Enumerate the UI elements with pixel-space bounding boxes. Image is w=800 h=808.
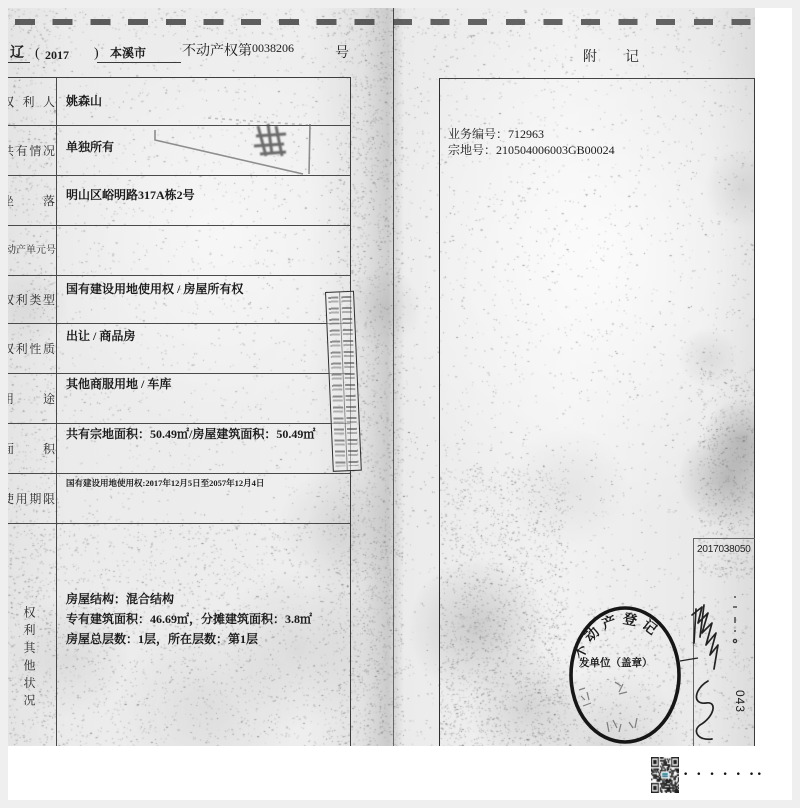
label-cell: 权利类型 xyxy=(8,276,57,323)
registration-seal: 不动产登记 发单位（盖章） xyxy=(563,598,693,746)
field-label: 权利其他状况 xyxy=(22,606,36,706)
cert-year: 2017 xyxy=(45,49,69,61)
field-value: 共有宗地面积：50.49㎡/房屋建筑面积：50.49㎡ xyxy=(66,424,350,441)
value-cell: 出让 / 商品房 xyxy=(57,324,350,373)
label-cell: 不动产单元号 xyxy=(8,226,57,275)
field-label: 权利性质 xyxy=(8,342,55,356)
header-underline xyxy=(8,62,30,63)
business-number: 业务编号：712963 xyxy=(448,127,544,141)
label-cell: 使用期限 xyxy=(8,474,57,523)
field-value: 国有建设用地使用权:2017年12月5日至2057年12月4日 xyxy=(66,474,350,488)
label-cell: 权利人 xyxy=(8,78,57,125)
status-line: 专有建筑面积：46.69㎡，分摊建筑面积：3.8㎡ xyxy=(66,609,350,629)
parcel-number: 宗地号：210504006003GB00024 xyxy=(448,143,615,157)
header-underline xyxy=(97,62,181,63)
field-label: 不动产单元号 xyxy=(8,244,56,258)
cert-number-line: 不动产权第0038206 xyxy=(182,45,294,59)
faded-stamp xyxy=(148,116,323,186)
field-label: 权利类型 xyxy=(8,293,55,307)
more-dots: • • • • • •• xyxy=(683,771,764,780)
label-cell: 坐落 xyxy=(8,176,57,225)
value-cell: 房屋结构：混合结构 专有建筑面积：46.69㎡，分摊建筑面积：3.8㎡ 房屋总层… xyxy=(57,524,350,746)
qr-code-icon xyxy=(651,757,679,793)
status-lines: 房屋结构：混合结构 专有建筑面积：46.69㎡，分摊建筑面积：3.8㎡ 房屋总层… xyxy=(66,524,350,649)
cert-prefix: 不动产权第 xyxy=(182,44,252,59)
label-cell: 权利其他状况 xyxy=(8,524,57,746)
page-fold-line xyxy=(393,8,394,746)
field-value: 姚森山 xyxy=(66,78,350,108)
seal-issuer-label: 发单位（盖章） xyxy=(578,656,653,669)
field-label: 用途 xyxy=(8,392,55,406)
cert-city: 本溪市 xyxy=(110,47,146,59)
appendix-title: 附记 xyxy=(583,50,667,64)
field-value: 国有建设用地使用权 / 房屋所有权 xyxy=(66,276,350,296)
serial-number: 2017038050 xyxy=(697,545,751,555)
perforation-dashes-left xyxy=(15,19,392,25)
handwritten-signature xyxy=(688,593,748,746)
value-cell: 共有宗地面积：50.49㎡/房屋建筑面积：50.49㎡ xyxy=(57,424,350,473)
value-cell: 国有建设用地使用权 / 房屋所有权 xyxy=(57,276,350,323)
cert-paren-close: ) xyxy=(94,47,99,61)
perforation-dashes-right xyxy=(393,19,755,25)
field-label: 面积 xyxy=(8,442,55,456)
value-cell: 国有建设用地使用权:2017年12月5日至2057年12月4日 xyxy=(57,474,350,523)
value-cell xyxy=(57,226,350,275)
row-right-nature: 权利性质 出让 / 商品房 xyxy=(8,324,350,374)
field-label: 使用期限 xyxy=(8,492,55,506)
row-area: 面积 共有宗地面积：50.49㎡/房屋建筑面积：50.49㎡ xyxy=(8,424,350,474)
field-value: 出让 / 商品房 xyxy=(66,324,350,343)
field-value: 其他商服用地 / 车库 xyxy=(66,374,350,391)
label-cell: 共有情况 xyxy=(8,126,57,175)
cert-paren-open: ( xyxy=(35,47,40,61)
label-cell: 权利性质 xyxy=(8,324,57,373)
row-term: 使用期限 国有建设用地使用权:2017年12月5日至2057年12月4日 xyxy=(8,474,350,524)
status-line: 房屋总层数：1层，所在层数：第1层 xyxy=(66,629,350,649)
field-label: 权利人 xyxy=(8,95,55,109)
row-right-type: 权利类型 国有建设用地使用权 / 房屋所有权 xyxy=(8,276,350,324)
row-unit-number: 不动产单元号 xyxy=(8,226,350,276)
scanned-certificate: 辽 ( 2017 ) 本溪市 不动产权第0038206 号 权利人 姚森山 共有… xyxy=(8,8,755,746)
cert-number: 0038206 xyxy=(252,41,294,55)
cert-province: 辽 xyxy=(10,47,24,61)
cert-suffix: 号 xyxy=(335,47,349,61)
status-line: 房屋结构：混合结构 xyxy=(66,589,350,609)
label-cell: 面积 xyxy=(8,424,57,473)
value-cell: 其他商服用地 / 车库 xyxy=(57,374,350,423)
row-usage: 用途 其他商服用地 / 车库 xyxy=(8,374,350,424)
field-label: 坐落 xyxy=(8,194,55,208)
label-cell: 用途 xyxy=(8,374,57,423)
field-label: 共有情况 xyxy=(8,144,55,158)
viewer-sheet: 辽 ( 2017 ) 本溪市 不动产权第0038206 号 权利人 姚森山 共有… xyxy=(8,8,792,800)
row-other-status: 权利其他状况 房屋结构：混合结构 专有建筑面积：46.69㎡，分摊建筑面积：3.… xyxy=(8,524,350,746)
